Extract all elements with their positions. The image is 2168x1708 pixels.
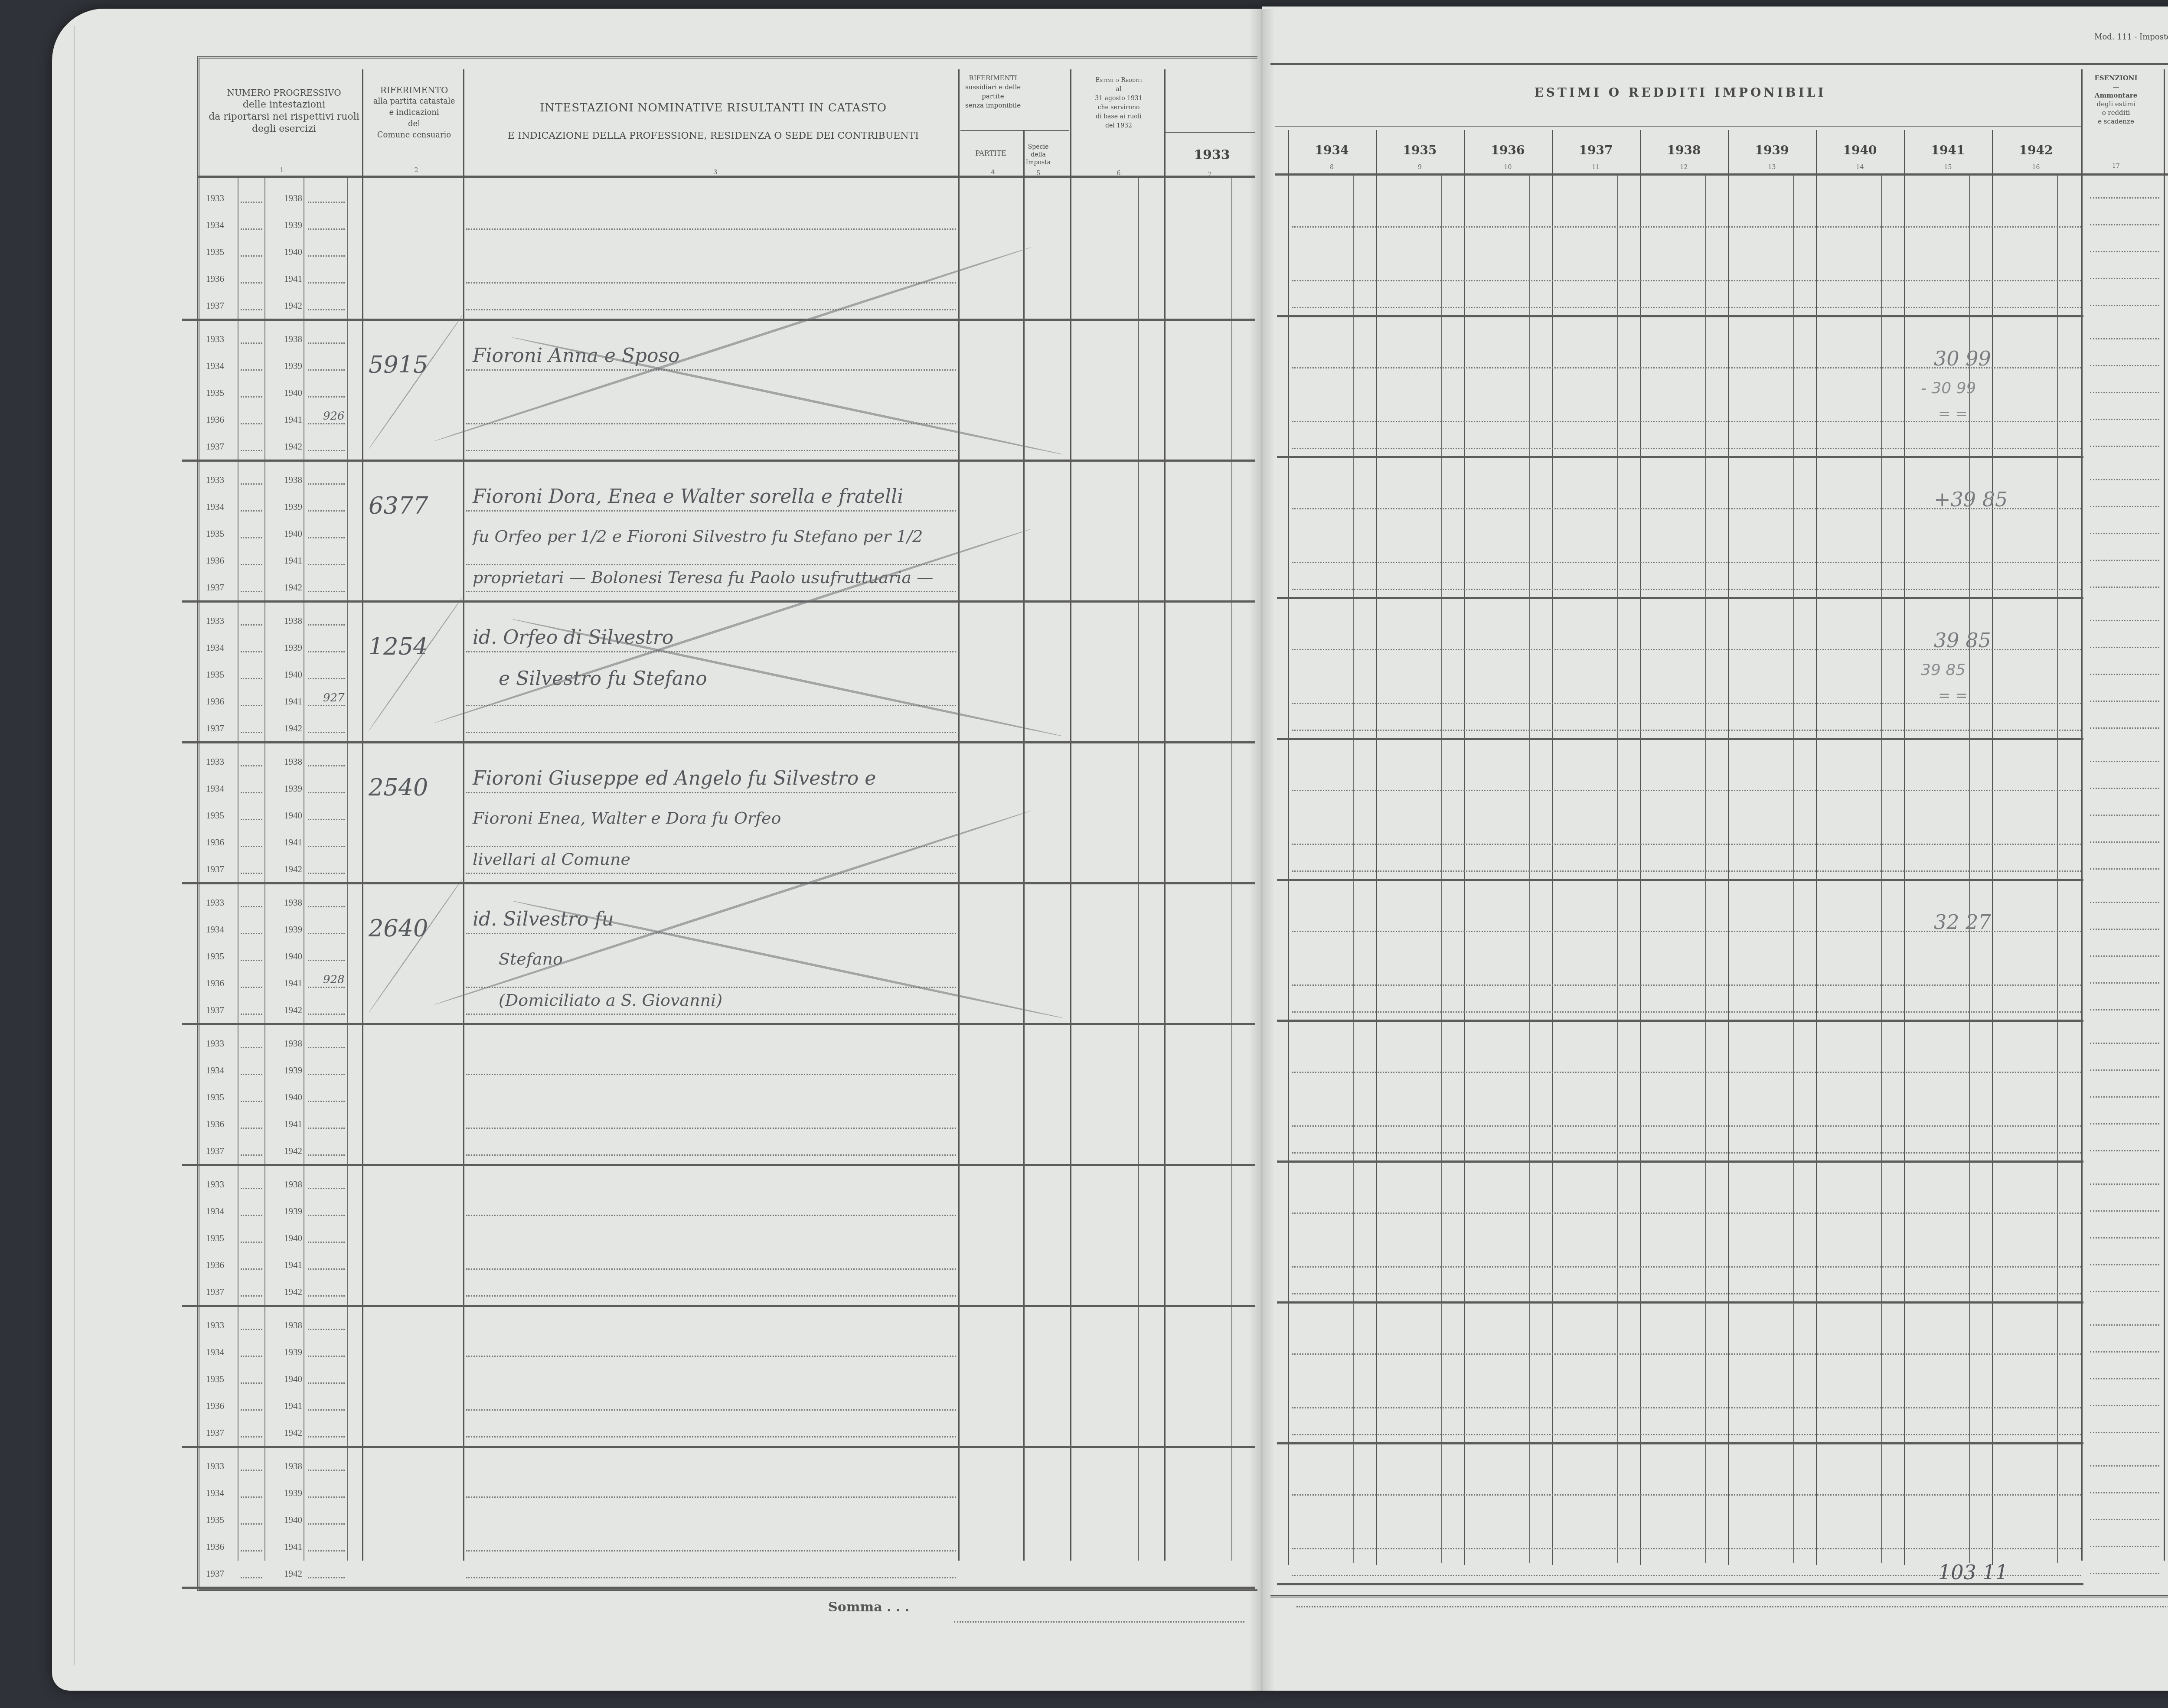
esenzioni-dotline: [2090, 224, 2159, 225]
vrule-cents-1936: [1529, 176, 1530, 1563]
year-dotline: [308, 732, 345, 733]
year-dotline: [308, 624, 345, 626]
year-label: 1933: [206, 616, 224, 626]
year-label: 1933: [206, 1179, 224, 1190]
year-dotline: [308, 819, 345, 820]
name-dotline: [466, 1215, 956, 1216]
vrule-year-1938: [1640, 130, 1641, 1565]
year-dotline: [308, 1356, 345, 1357]
year-label: 1941: [284, 1401, 302, 1411]
header-bottom-rule-right: [1275, 173, 2168, 176]
esenzioni-dotline: [2090, 841, 2159, 843]
year-label: 1938: [284, 1038, 302, 1049]
estimo-1941-result: = =: [1938, 405, 1968, 423]
year-dotline: [308, 1101, 345, 1102]
vrule-col3-col4: [958, 69, 960, 1561]
header-riferimenti: RIFERIMENTI sussidiari e delle partite s…: [960, 74, 1025, 110]
vrule-cents-1942: [2057, 176, 2058, 1563]
year-dotline: [308, 873, 345, 874]
year-dotline: [308, 1382, 345, 1384]
esenzioni-dotline: [2090, 305, 2159, 306]
year-dotline: [241, 1295, 262, 1297]
header-specie: Specie della Imposta: [1022, 143, 1055, 166]
year-label: 1933: [206, 1461, 224, 1472]
side-reference-number: 926: [323, 410, 345, 423]
vrule-col1-col2: [362, 69, 363, 1561]
vrule-yearcol-b: [264, 178, 265, 1561]
year-label: 1942: [284, 864, 302, 875]
year-dotline: [241, 1154, 262, 1156]
esenzioni-dotline: [2090, 587, 2159, 588]
year-label: 1942: [284, 1287, 302, 1297]
entry-divider-left: [182, 741, 1255, 743]
year-dotline: [241, 792, 262, 793]
esenzioni-dotline: [2090, 1432, 2159, 1433]
year-dotline: [308, 960, 345, 961]
amount-dotline: [1292, 1293, 2081, 1294]
year-label: 1933: [206, 1038, 224, 1049]
name-dotline: [466, 1128, 956, 1129]
esenzioni-dotline: [2090, 419, 2159, 420]
vrule-col4-col5: [1023, 130, 1025, 1561]
year-label: 1939: [284, 1347, 302, 1358]
esenzioni-dotline: [2090, 727, 2159, 729]
entry-divider-right: [1277, 1442, 2083, 1444]
col-number-1: 1: [273, 167, 291, 174]
year-label: 1941: [284, 274, 302, 284]
name-dotline: [466, 1577, 956, 1578]
name-dotline: [466, 846, 956, 847]
year-dotline: [241, 1128, 262, 1129]
year-label: 1935: [206, 1515, 224, 1525]
year-dotline: [241, 732, 262, 733]
esenzioni-dotline: [2090, 251, 2159, 252]
year-dotline: [241, 678, 262, 679]
header-bottom-rule-left: [197, 176, 1255, 178]
year-label: 1940: [284, 1233, 302, 1244]
vrule-col5-col6: [1070, 69, 1071, 1561]
year-dotline: [241, 1329, 262, 1330]
year-label: 1937: [206, 1287, 224, 1297]
year-dotline: [308, 483, 345, 485]
year-label: 1934: [206, 1488, 224, 1499]
esenzioni-dotline: [2090, 1210, 2159, 1212]
amount-dotline: [1292, 844, 2081, 845]
entry-divider-left: [182, 882, 1255, 884]
year-dotline: [241, 933, 262, 934]
name-dotline: [466, 1550, 956, 1552]
year-label: 1936: [206, 1542, 224, 1552]
intestazione-line: id. Orfeo di Silvestro: [473, 626, 673, 649]
entry-divider-right: [1277, 879, 2083, 881]
right-header-title-rule: [1275, 126, 2081, 127]
name-dotline: [466, 933, 956, 934]
year-dotline: [308, 1188, 345, 1189]
year-dotline: [308, 1215, 345, 1216]
partita-number: 2540: [369, 774, 428, 801]
year-dotline: [241, 1382, 262, 1384]
year-dotline: [241, 1577, 262, 1578]
year-dotline: [241, 1268, 262, 1270]
year-label: 1940: [284, 1515, 302, 1525]
year-label: 1936: [206, 555, 224, 566]
header-year-1933: 1933: [1171, 147, 1253, 163]
entry-divider-left: [182, 1164, 1255, 1166]
year-dotline: [241, 651, 262, 652]
year-dotline: [241, 906, 262, 907]
year-dotline: [241, 423, 262, 424]
estimo-1941-result: = =: [1938, 687, 1968, 704]
name-dotline: [466, 1268, 956, 1270]
year-dotline: [241, 396, 262, 398]
esenzioni-dotline: [2090, 788, 2159, 789]
esenzioni-dotline: [2090, 1492, 2159, 1493]
year-dotline: [241, 1242, 262, 1243]
year-label: 1935: [206, 528, 224, 539]
year-label: 1933: [206, 475, 224, 486]
year-dotline: [241, 1550, 262, 1552]
right-header-title: ESTIMI O REDDITI IMPONIBILI: [1283, 87, 2077, 99]
year-dotline: [308, 255, 345, 257]
entry-divider-right: [1277, 597, 2083, 599]
somma-1941-value: 103 11: [1938, 1561, 2008, 1584]
year-dotline: [308, 1550, 345, 1552]
year-dotline: [241, 510, 262, 512]
vrule-esenzioni-left: [2081, 69, 2083, 1561]
year-dotline: [308, 1329, 345, 1330]
name-dotline: [466, 987, 956, 988]
side-reference-number: 928: [323, 973, 345, 986]
esenzioni-dotline: [2090, 1378, 2159, 1379]
year-label: 1941: [284, 1260, 302, 1271]
amount-dotline: [1292, 562, 2081, 563]
header-col6: Estimi o Redditi al 31 agosto 1931 che s…: [1075, 76, 1162, 130]
header-col1: NUMERO PROGRESSIVO delle intestazioni da…: [204, 87, 364, 135]
year-dotline: [308, 1577, 345, 1578]
year-label: 1942: [284, 1568, 302, 1579]
year-dotline: [241, 765, 262, 766]
year-label: 1938: [284, 756, 302, 767]
name-dotline: [466, 450, 956, 451]
name-dotline: [466, 1074, 956, 1075]
entry-divider-left: [182, 1446, 1255, 1448]
year-label: 1936: [206, 274, 224, 284]
year-dotline: [308, 1523, 345, 1525]
year-dotline: [308, 228, 345, 230]
year-label: 1941: [284, 1542, 302, 1552]
year-label: 1941: [284, 1119, 302, 1130]
vrule-cents-1934: [1353, 176, 1354, 1563]
amount-dotline: [1292, 790, 2081, 791]
year-dotline: [308, 933, 345, 934]
year-dotline: [241, 1409, 262, 1411]
year-label: 1941: [284, 978, 302, 989]
year-dotline: [241, 1014, 262, 1015]
name-dotline: [466, 423, 956, 424]
vrule-col6-col7: [1164, 69, 1166, 1561]
year-dotline: [308, 1154, 345, 1156]
intestazione-line: Fioroni Anna e Sposo: [473, 345, 680, 367]
year-dotline: [308, 1409, 345, 1411]
name-dotline: [466, 591, 956, 592]
year-label: 1936: [206, 837, 224, 848]
entry-divider-left: [182, 460, 1255, 462]
year1933-top-rule: [1164, 132, 1255, 133]
year-dotline: [241, 591, 262, 592]
year-label: 1942: [284, 441, 302, 452]
amount-dotline: [1292, 1353, 2081, 1355]
header-annotazioni: ANNOTAZIONI: [2151, 106, 2168, 118]
header-year-1935: 1935: [1376, 143, 1464, 157]
name-dotline: [466, 1436, 956, 1437]
amount-dotline: [1292, 984, 2081, 986]
year-dotline: [308, 846, 345, 847]
year-label: 1936: [206, 1260, 224, 1271]
year-dotline: [241, 987, 262, 988]
esenzioni-dotline: [2090, 446, 2159, 447]
riferimenti-sub-rule: [960, 130, 1069, 131]
amount-dotline: [1292, 870, 2081, 872]
esenzioni-dotline: [2090, 868, 2159, 870]
year-label: 1936: [206, 414, 224, 425]
year-dotline: [241, 624, 262, 626]
right-table-frame: [1270, 63, 2168, 1597]
vrule-cents-1937: [1617, 176, 1618, 1563]
year-label: 1939: [284, 1206, 302, 1217]
year-label: 1938: [284, 897, 302, 908]
year-dotline: [241, 873, 262, 874]
intestazione-line: id. Silvestro fu: [473, 908, 614, 930]
year-label: 1939: [284, 642, 302, 653]
year-dotline: [308, 1295, 345, 1297]
year-label: 1940: [284, 1092, 302, 1103]
year-dotline: [241, 255, 262, 257]
year-label: 1934: [206, 924, 224, 935]
col-number-3: 3: [707, 169, 724, 176]
esenzioni-dotline: [2090, 479, 2159, 480]
year-dotline: [241, 1470, 262, 1471]
year-label: 1938: [284, 616, 302, 626]
year-label: 1934: [206, 1065, 224, 1076]
year-dotline: [241, 450, 262, 451]
year-dotline: [241, 564, 262, 565]
year-label: 1933: [206, 897, 224, 908]
esenzioni-dotline: [2090, 1096, 2159, 1098]
entry-divider-right: [1277, 1301, 2083, 1304]
intestazione-line: Fioroni Dora, Enea e Walter sorella e fr…: [473, 486, 903, 508]
partita-number: 1254: [369, 633, 428, 660]
year-dotline: [241, 1188, 262, 1189]
year-label: 1942: [284, 723, 302, 734]
header-year-1939: 1939: [1728, 143, 1816, 157]
year-dotline: [308, 1470, 345, 1471]
header-year-1942: 1942: [1992, 143, 2080, 157]
esenzioni-dotline: [2090, 1291, 2159, 1292]
amount-dotline: [1292, 1072, 2081, 1073]
vrule-year-1940: [1816, 130, 1817, 1565]
year-label: 1940: [284, 388, 302, 398]
vrule-year-1935: [1376, 130, 1377, 1565]
year-label: 1940: [284, 247, 302, 258]
amount-dotline: [1292, 1434, 2081, 1435]
year-dotline: [308, 564, 345, 565]
year-dotline: [241, 1356, 262, 1357]
year-label: 1940: [284, 1374, 302, 1385]
year-dotline: [308, 1496, 345, 1498]
esenzioni-dotline: [2090, 1519, 2159, 1520]
year-dotline: [241, 1074, 262, 1075]
estimo-1941-value: +39 85: [1934, 488, 2008, 511]
name-dotline: [466, 282, 956, 284]
year-dotline: [241, 309, 262, 310]
esenzioni-dotline: [2090, 278, 2159, 279]
intestazione-line: Fioroni Giuseppe ed Angelo fu Silvestro …: [473, 767, 876, 789]
vrule-col7-cents: [1231, 178, 1232, 1561]
year-label: 1936: [206, 1119, 224, 1130]
year-label: 1939: [284, 220, 302, 231]
col-number-14: 14: [1851, 164, 1869, 171]
entry-divider-left: [182, 600, 1255, 603]
year-dotline: [241, 202, 262, 203]
name-dotline: [466, 705, 956, 706]
entry-divider-right: [1277, 1160, 2083, 1163]
somma-label: Somma . . .: [828, 1600, 909, 1615]
year-dotline: [308, 987, 345, 988]
year-label: 1937: [206, 1146, 224, 1157]
esenzioni-dotline: [2090, 674, 2159, 675]
header-col2-title: RIFERIMENTO: [364, 85, 464, 96]
year-label: 1936: [206, 978, 224, 989]
year-label: 1938: [284, 1461, 302, 1472]
esenzioni-dotline: [2090, 1183, 2159, 1185]
esenzioni-dotline: [2090, 1405, 2159, 1406]
year-dotline: [241, 483, 262, 485]
header-col3-title: INTESTAZIONI NOMINATIVE RISULTANTI IN CA…: [468, 102, 958, 114]
col-number-12: 12: [1675, 164, 1693, 171]
esenzioni-dotline: [2090, 1237, 2159, 1239]
year-label: 1940: [284, 528, 302, 539]
name-dotline: [466, 1154, 956, 1156]
header-col2: RIFERIMENTO alla partita catastale e ind…: [364, 85, 464, 141]
year-label: 1933: [206, 334, 224, 345]
esenzioni-dotline: [2090, 1573, 2159, 1574]
amount-dotline: [1292, 1494, 2081, 1496]
year-label: 1942: [284, 1005, 302, 1016]
year-label: 1935: [206, 669, 224, 680]
year-dotline: [308, 342, 345, 344]
vrule-esenzioni-right: [2164, 69, 2165, 1561]
year-dotline: [308, 450, 345, 451]
year-dotline: [241, 537, 262, 538]
year-label: 1940: [284, 951, 302, 962]
partita-number: 6377: [369, 492, 428, 519]
header-year-1934: 1934: [1288, 143, 1376, 157]
entry-divider-left: [182, 1023, 1255, 1025]
year-dotline: [241, 1496, 262, 1498]
year-dotline: [308, 705, 345, 706]
amount-dotline: [1292, 307, 2081, 308]
col-number-4: 4: [984, 169, 1002, 176]
vrule-col6-cents: [1138, 178, 1139, 1561]
esenzioni-dotline: [2090, 1043, 2159, 1044]
vrule-year-1942: [1992, 130, 1993, 1565]
year-label: 1942: [284, 582, 302, 593]
year-label: 1937: [206, 864, 224, 875]
year-dotline: [308, 1047, 345, 1048]
esenzioni-dotline: [2090, 1150, 2159, 1151]
intestazione-line: Fioroni Enea, Walter e Dora fu Orfeo: [473, 808, 781, 828]
year-label: 1938: [284, 1320, 302, 1331]
partita-number: 2640: [369, 915, 428, 942]
estimo-1941-subtraction: - 30 99: [1921, 379, 1976, 397]
year-dotline: [308, 1014, 345, 1015]
esenzioni-dotline: [2090, 560, 2159, 561]
col-number-10: 10: [1499, 164, 1517, 171]
vrule-cents-1938: [1705, 176, 1706, 1563]
entry-divider-right: [1277, 315, 2083, 317]
year-label: 1935: [206, 247, 224, 258]
year-label: 1938: [284, 193, 302, 204]
vrule-cents-1940: [1881, 176, 1882, 1563]
year-dotline: [308, 651, 345, 652]
col-number-11: 11: [1587, 164, 1605, 171]
vrule-cents-1939: [1793, 176, 1794, 1563]
esenzioni-dotline: [2090, 902, 2159, 903]
year-dotline: [308, 1268, 345, 1270]
year-dotline: [308, 309, 345, 310]
year-dotline: [241, 1523, 262, 1525]
col-number-16: 16: [2028, 164, 2045, 171]
esenzioni-dotline: [2090, 506, 2159, 507]
year-dotline: [241, 960, 262, 961]
year-label: 1938: [284, 334, 302, 345]
esenzioni-dotline: [2090, 1069, 2159, 1071]
esenzioni-dotline: [2090, 929, 2159, 930]
entry-divider-right: [1277, 1020, 2083, 1022]
estimo-1941-value: 32 27: [1934, 910, 1991, 934]
year-dotline: [241, 1101, 262, 1102]
amount-dotline: [1292, 730, 2081, 731]
amount-dotline: [1292, 589, 2081, 590]
header-year-1938: 1938: [1640, 143, 1728, 157]
year-dotline: [241, 1047, 262, 1048]
year-dotline: [308, 510, 345, 512]
amount-dotline: [1292, 1152, 2081, 1154]
esenzioni-dotline: [2090, 701, 2159, 702]
somma-dotline-right: [1296, 1606, 2168, 1607]
esenzioni-dotline: [2090, 1264, 2159, 1265]
year-label: 1942: [284, 1146, 302, 1157]
year-label: 1940: [284, 669, 302, 680]
esenzioni-dotline: [2090, 1324, 2159, 1326]
year-dotline: [308, 396, 345, 398]
vrule-year-1934: [1288, 130, 1289, 1565]
name-dotline: [466, 564, 956, 565]
esenzioni-dotline: [2090, 761, 2159, 762]
year-dotline: [308, 1074, 345, 1075]
header-year-1941: 1941: [1904, 143, 1992, 157]
year-label: 1938: [284, 1179, 302, 1190]
entry-divider-right: [1277, 738, 2083, 740]
name-dotline: [466, 1409, 956, 1411]
year-label: 1936: [206, 696, 224, 707]
col-number-8: 8: [1323, 164, 1341, 171]
name-dotline: [466, 228, 956, 230]
year-dotline: [241, 1436, 262, 1437]
esenzioni-dotline: [2090, 533, 2159, 534]
year-dotline: [308, 591, 345, 592]
esenzioni-dotline: [2090, 647, 2159, 648]
